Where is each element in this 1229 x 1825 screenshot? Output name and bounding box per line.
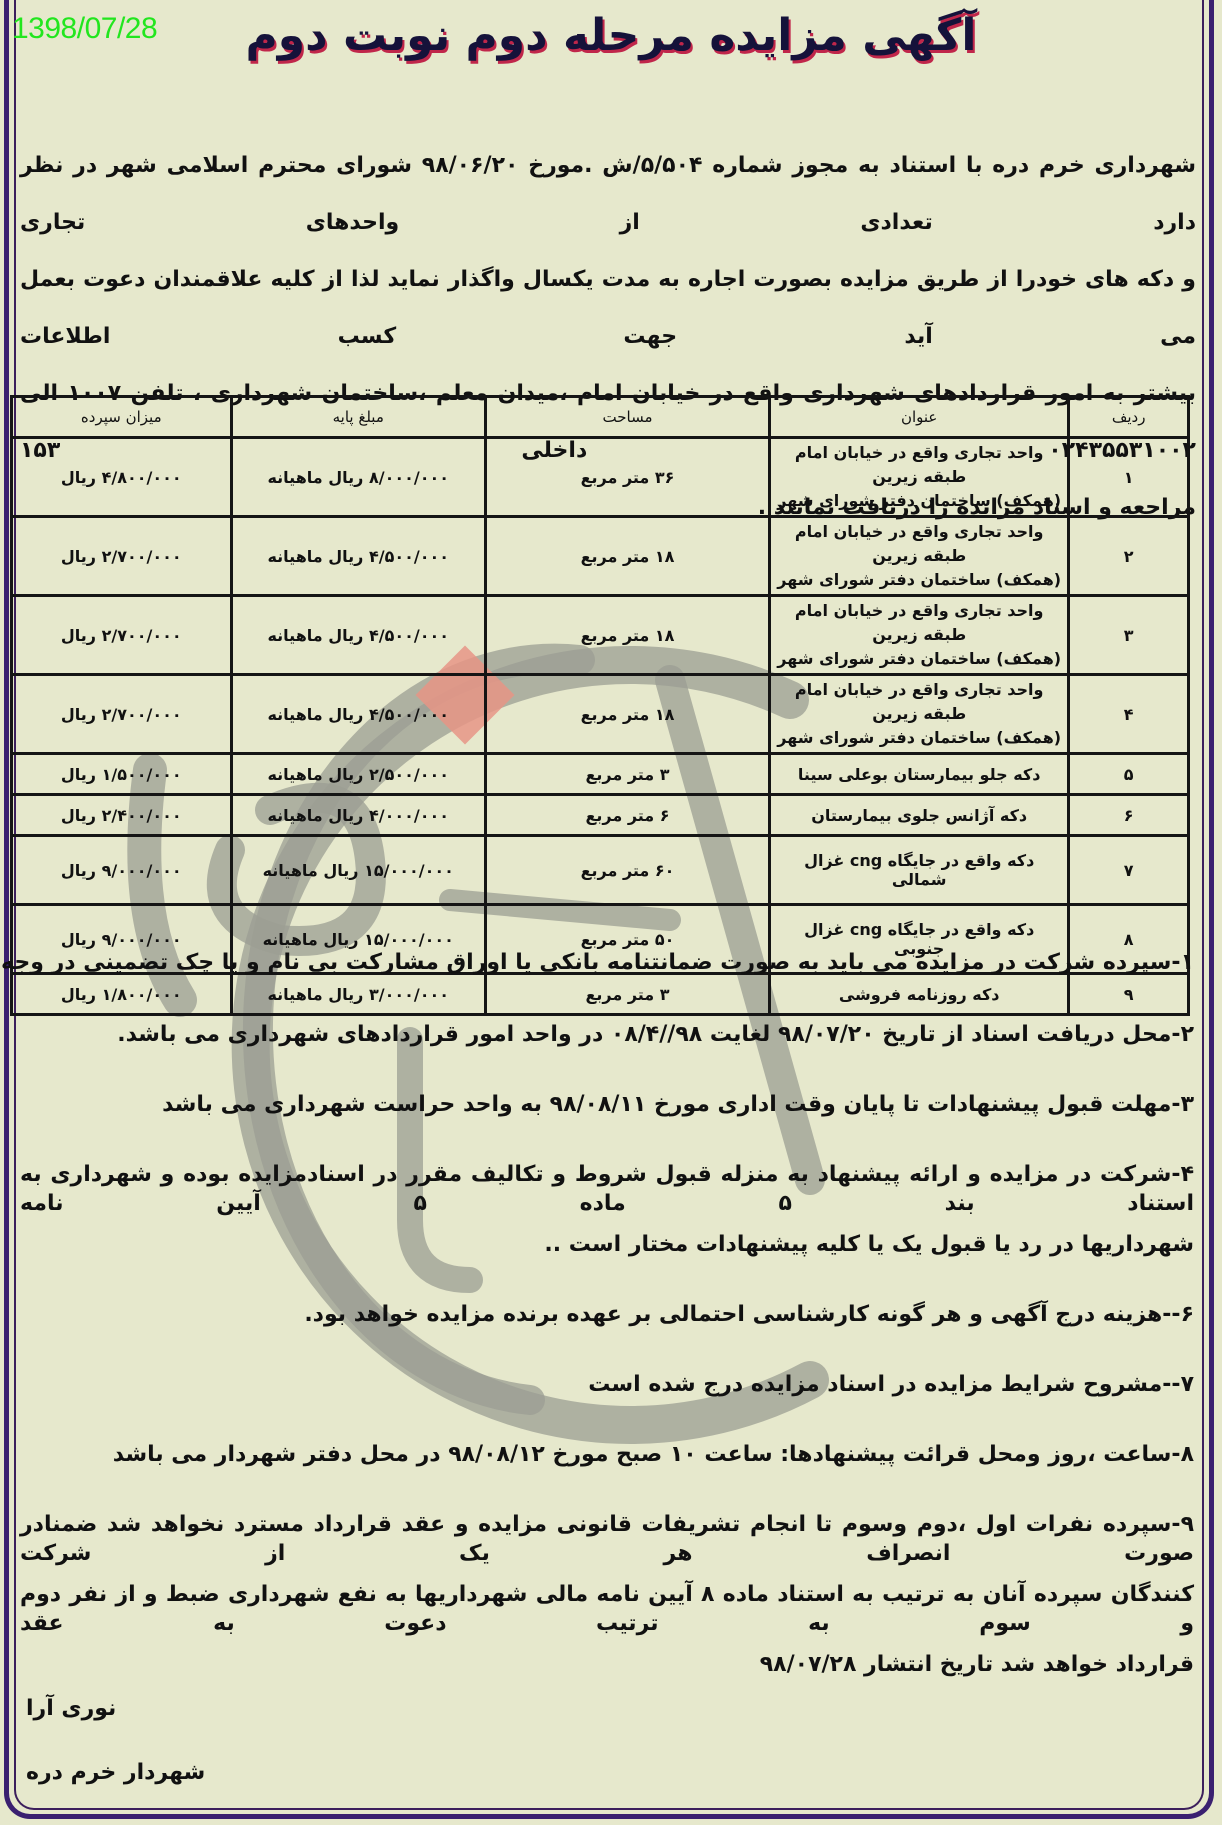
- item-deposit: ۲/۷۰۰/۰۰۰ ریال: [12, 517, 232, 596]
- table-row: ۲ واحد تجاری واقع در خیابان امام طبقه زی…: [12, 517, 1189, 596]
- item-title: دکه روزنامه فروشی: [770, 974, 1069, 1015]
- item-area: ۱۸ متر مربع: [485, 517, 769, 596]
- item-deposit: ۴/۸۰۰/۰۰۰ ریال: [12, 438, 232, 517]
- row-number: ۱: [1069, 438, 1189, 517]
- intro-line: شهرداری خرم دره با استناد به مجوز شماره …: [20, 137, 1196, 251]
- row-number: ۳: [1069, 596, 1189, 675]
- intro-line: و دکه های خودرا از طریق مزایده بصورت اجا…: [20, 251, 1196, 365]
- item-area: ۳ متر مربع: [485, 974, 769, 1015]
- signatory-role: شهردار خرم دره: [26, 1760, 205, 1785]
- condition-item: ۳-مهلت قبول پیشنهادات تا پایان وقت اداری…: [162, 1090, 1194, 1119]
- item-area: ۳۶ متر مربع: [485, 438, 769, 517]
- item-deposit: ۹/۰۰۰/۰۰۰ ریال: [12, 836, 232, 905]
- item-title-line: واحد تجاری واقع در خیابان امام طبقه زیری…: [777, 599, 1061, 647]
- announcement-title: آگهی مزایده مرحله دوم نوبت دوم: [0, 10, 1222, 61]
- column-header-base-price: مبلغ پایه: [231, 397, 485, 438]
- item-area: ۶۰ متر مربع: [485, 836, 769, 905]
- column-header-title: عنوان: [770, 397, 1069, 438]
- signatory-name: نوری آرا: [26, 1696, 116, 1721]
- item-deposit: ۲/۷۰۰/۰۰۰ ریال: [12, 596, 232, 675]
- item-title: واحد تجاری واقع در خیابان امام طبقه زیری…: [770, 438, 1069, 517]
- item-base-price: ۴/۵۰۰/۰۰۰ ریال ماهیانه: [231, 596, 485, 675]
- row-number: ۹: [1069, 974, 1189, 1015]
- condition-item: ۱-سپرده شرکت در مزایده می باید به صورت ض…: [0, 948, 1194, 977]
- item-base-price: ۳/۰۰۰/۰۰۰ ریال ماهیانه: [231, 974, 485, 1015]
- row-number: ۲: [1069, 517, 1189, 596]
- item-title-line: (همکف) ساختمان دفتر شورای شهر: [777, 647, 1061, 671]
- item-base-price: ۴/۵۰۰/۰۰۰ ریال ماهیانه: [231, 675, 485, 754]
- table-row: ۳ واحد تجاری واقع در خیابان امام طبقه زی…: [12, 596, 1189, 675]
- table-row: ۱ واحد تجاری واقع در خیابان امام طبقه زی…: [12, 438, 1189, 517]
- item-title-line: واحد تجاری واقع در خیابان امام طبقه زیری…: [777, 520, 1061, 568]
- column-header-deposit: میزان سپرده: [12, 397, 232, 438]
- table-row: ۷ دکه واقع در جایگاه cng غزال شمالی ۶۰ م…: [12, 836, 1189, 905]
- item-deposit: ۱/۵۰۰/۰۰۰ ریال: [12, 754, 232, 795]
- item-deposit: ۲/۴۰۰/۰۰۰ ریال: [12, 795, 232, 836]
- condition-item: ۸-ساعت ،روز ومحل قرائت پیشنهادها: ساعت ۱…: [113, 1440, 1194, 1469]
- item-title: دکه واقع در جایگاه cng غزال شمالی: [770, 836, 1069, 905]
- condition-item: ۷--مشروح شرایط مزایده در اسناد مزایده در…: [588, 1370, 1194, 1399]
- column-header-area: مساحت: [485, 397, 769, 438]
- column-header-row-number: ردیف: [1069, 397, 1189, 438]
- item-title-line: (همکف) ساختمان دفتر شورای شهر: [777, 726, 1061, 750]
- item-area: ۱۸ متر مربع: [485, 675, 769, 754]
- item-title: واحد تجاری واقع در خیابان امام طبقه زیری…: [770, 517, 1069, 596]
- item-title-line: (همکف) ساختمان دفتر شورای شهر: [777, 489, 1061, 513]
- table-row: ۵ دکه جلو بیمارستان بوعلی سینا ۳ متر مرب…: [12, 754, 1189, 795]
- item-title: دکه جلو بیمارستان بوعلی سینا: [770, 754, 1069, 795]
- item-base-price: ۸/۰۰۰/۰۰۰ ریال ماهیانه: [231, 438, 485, 517]
- item-area: ۱۸ متر مربع: [485, 596, 769, 675]
- item-area: ۳ متر مربع: [485, 754, 769, 795]
- table-header-row: ردیف عنوان مساحت مبلغ پایه میزان سپرده: [12, 397, 1189, 438]
- table-row: ۴ واحد تجاری واقع در خیابان امام طبقه زی…: [12, 675, 1189, 754]
- item-title-line: (همکف) ساختمان دفتر شورای شهر: [777, 568, 1061, 592]
- row-number: ۶: [1069, 795, 1189, 836]
- condition-item: ۴-شرکت در مزایده و ارائه پیشنهاد به منزل…: [20, 1160, 1194, 1218]
- newspaper-clipping: 1398/07/28 آگهی مزایده مرحله دوم نوبت دو…: [0, 0, 1222, 1825]
- item-base-price: ۲/۵۰۰/۰۰۰ ریال ماهیانه: [231, 754, 485, 795]
- condition-item: ۶--هزینه درج آگهی و هر گونه کارشناسی احت…: [304, 1300, 1194, 1329]
- item-deposit: ۲/۷۰۰/۰۰۰ ریال: [12, 675, 232, 754]
- condition-item-continued: کنندگان سپرده آنان به ترتیب به استناد ما…: [20, 1580, 1194, 1638]
- table-row: ۶ دکه آژانس جلوی بیمارستان ۶ متر مربع ۴/…: [12, 795, 1189, 836]
- item-title: دکه آژانس جلوی بیمارستان: [770, 795, 1069, 836]
- condition-item: ۹-سپرده نفرات اول ،دوم وسوم تا انجام تشر…: [20, 1510, 1194, 1568]
- item-title-line: واحد تجاری واقع در خیابان امام طبقه زیری…: [777, 441, 1061, 489]
- item-area: ۶ متر مربع: [485, 795, 769, 836]
- item-base-price: ۴/۰۰۰/۰۰۰ ریال ماهیانه: [231, 795, 485, 836]
- item-base-price: ۴/۵۰۰/۰۰۰ ریال ماهیانه: [231, 517, 485, 596]
- item-base-price: ۱۵/۰۰۰/۰۰۰ ریال ماهیانه: [231, 836, 485, 905]
- row-number: ۴: [1069, 675, 1189, 754]
- item-title: واحد تجاری واقع در خیابان امام طبقه زیری…: [770, 596, 1069, 675]
- item-deposit: ۱/۸۰۰/۰۰۰ ریال: [12, 974, 232, 1015]
- auction-items-table: ردیف عنوان مساحت مبلغ پایه میزان سپرده ۱…: [10, 395, 1190, 1016]
- condition-item-continued: قرارداد خواهد شد تاریخ انتشار ۹۸/۰۷/۲۸: [760, 1650, 1194, 1679]
- table-row: ۹ دکه روزنامه فروشی ۳ متر مربع ۳/۰۰۰/۰۰۰…: [12, 974, 1189, 1015]
- condition-item-continued: شهرداریها در رد یا قبول یک یا کلیه پیشنه…: [544, 1230, 1194, 1259]
- item-title: واحد تجاری واقع در خیابان امام طبقه زیری…: [770, 675, 1069, 754]
- item-title-line: واحد تجاری واقع در خیابان امام طبقه زیری…: [777, 678, 1061, 726]
- condition-item: ۲-محل دریافت اسناد از تاریخ ۹۸/۰۷/۲۰ لغا…: [117, 1020, 1194, 1049]
- row-number: ۵: [1069, 754, 1189, 795]
- row-number: ۷: [1069, 836, 1189, 905]
